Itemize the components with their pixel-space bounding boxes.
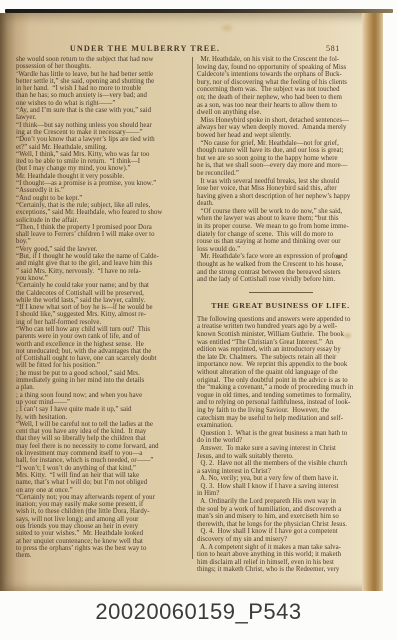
text-line: tion to heart above anything in this wor… (197, 551, 364, 559)
left-text-column: she would soon return to the subject tha… (16, 56, 192, 568)
text-line: “I won’t; I won’t do anything of that ki… (16, 465, 192, 472)
text-line: ; a thing soon found now; and when you h… (16, 392, 192, 399)
section-divider-rule (249, 292, 313, 293)
text-line: name, that’s what I will do; but I’m not… (16, 479, 192, 486)
book-page: UNDER THE MULBERRY TREE. 581 she would s… (0, 13, 383, 591)
text-line: ” said Mrs. Kitty, nervously. “I have no… (16, 268, 192, 275)
section-intro-block: The following questions and answers were… (197, 316, 364, 430)
text-line: Q. 2. Have not all the members of the vi… (197, 460, 364, 468)
text-line: the soul by a work of humiliation, and d… (197, 506, 364, 514)
text-line: but we are so soon going to the happy ho… (197, 155, 364, 163)
text-line: ok investment may commend itself to you—… (16, 450, 192, 457)
text-line: Q. 3. How shall I know if I have a savin… (197, 483, 364, 491)
text-line: “I thought—as a promise is a promise, yo… (16, 180, 192, 187)
text-line: “If I knew what sort of boy he is—if he … (16, 304, 192, 311)
text-line: “Of course there will be work to do now,… (197, 208, 364, 216)
text-line: as a son, was too near their hearts to a… (197, 102, 364, 110)
text-line: exceptions,” said Mr. Heathdale, who fea… (16, 209, 192, 216)
text-line: It was with several needful breaks, lest… (197, 178, 364, 186)
text-line: and the lady of Cottishall rose vividly … (197, 276, 364, 284)
text-line: he is, that we shall soon—every day more… (197, 162, 364, 170)
text-line: on; the death of their nephew, who had b… (197, 94, 364, 102)
text-line: immediately going in her mind into the d… (16, 377, 192, 384)
text-line: in Him? (197, 490, 364, 498)
text-line: at her unquiet countenance; he knew well… (16, 538, 192, 545)
text-line: known Scottish minister, William Guthrie… (197, 331, 364, 339)
text-line: catechism may be useful to help meditati… (197, 415, 364, 423)
text-line: things; it maketh Christ, who is the Red… (197, 566, 364, 574)
text-line: she would soon return to the subject tha… (16, 56, 192, 63)
text-line: the “making a covenant,” a mode of proce… (197, 384, 364, 392)
text-line: and to relying on personal faithfulness,… (197, 399, 364, 407)
text-line: Mr. Heathdale thought it very possible. (16, 173, 192, 180)
text-line: him disclaim all relief in himself, even… (197, 559, 364, 567)
text-line: ing by faith to the living Saviour. Howe… (197, 407, 364, 415)
text-line: Answer. To make sure a saving interest i… (197, 445, 364, 453)
text-line: ination; you may easily make some presen… (16, 501, 192, 508)
text-line: rouse us than staying at home and thinki… (197, 238, 364, 246)
text-line: ous friends you may choose an heir in ev… (16, 523, 192, 530)
text-line: “I think—but say nothing unless you shou… (16, 122, 192, 129)
text-line: of Cottishall ought to have, one can sca… (16, 355, 192, 362)
text-line: better settle it,” she said, opening and… (16, 78, 192, 85)
text-line: “And ought to be kept.” (16, 195, 192, 202)
text-line: on any one at once.” (16, 487, 192, 494)
text-line: “But, if I thought he would take the nam… (16, 253, 192, 260)
text-line: the late Dr. Chalmers. The subjects reta… (197, 354, 364, 362)
text-line: lose her voice, that Miss Honeybird said… (197, 185, 364, 193)
text-line: be reconciled.” (197, 170, 364, 178)
text-line: The following questions and answers were… (197, 316, 364, 324)
text-line: parents were in your own rank of life, a… (16, 333, 192, 340)
text-line: solicitude in the affair. (16, 217, 192, 224)
text-line: Caldecote’s intentions towards the orpha… (197, 71, 364, 79)
text-line: wish it, to these children (the little D… (16, 508, 192, 515)
paper-stain (222, 25, 232, 31)
catechism-block: Question 1. What is the great business a… (197, 430, 364, 574)
text-line: therewith, that he longs for the physici… (197, 521, 364, 529)
text-line: possession of her thoughts. (16, 63, 192, 70)
text-line: will be fitted for his position.” (16, 362, 192, 369)
text-line: them. (16, 552, 192, 559)
text-line: a treatise written two hundred years ago… (197, 323, 364, 331)
text-line: though nature will have its due, and our… (197, 147, 364, 155)
text-line: importance now. We reprint this appendix… (197, 361, 364, 369)
text-line: when the lawyer was about to leave them;… (197, 215, 364, 223)
text-line: “Certainly, that is the rule; subject, l… (16, 202, 192, 209)
text-line: et?” said Mr. Heathdale, smiling. (16, 144, 192, 151)
text-line: ing of her half-formed resolve. (16, 319, 192, 326)
text-line: lowing day, found no opportunity of spea… (197, 64, 364, 72)
text-line: Miss Honeybird spoke in short, detached … (197, 117, 364, 125)
text-line: dwell on anything else. (197, 109, 364, 117)
text-line: in its proper course. We mean to go from… (197, 223, 364, 231)
text-line: and the strong contrast between the bere… (197, 269, 364, 277)
page-number: 581 (326, 44, 340, 53)
text-line: Mr. Heathdale, on his visit to the Cresc… (197, 56, 364, 64)
text-line: (but I may change my mind, you know).” (16, 165, 192, 172)
text-line: “Who can tell how any child will turn ou… (16, 326, 192, 333)
text-line: one wishes to do what is right——” (16, 100, 192, 107)
column-divider (192, 57, 193, 559)
text-line: while the world lasts,” said the lawyer,… (16, 297, 192, 304)
right-text-column: Mr. Heathdale, on his visit to the Cresc… (197, 56, 364, 584)
text-line: shall leave to Ferrers’ children I will … (16, 231, 192, 238)
text-line: Jesus, and to walk suitably thereto. (197, 453, 364, 461)
text-line: examination. (197, 422, 364, 430)
text-line: “Ay, and I’m sure that is the case with … (16, 107, 192, 114)
text-line: “No cause for grief, Mr. Heathdale—not f… (197, 140, 364, 148)
text-line: ; he must be put to a good school,” said… (16, 370, 192, 377)
text-line: suited to your wishes.” Mr. Heathdale lo… (16, 530, 192, 537)
text-line: original. The only doubtful point in the… (197, 377, 364, 385)
text-line: was entitled “The Christian’s Great Inte… (197, 339, 364, 347)
text-line: ing at the Crescent to make it necessary… (16, 129, 192, 136)
text-line: Q. 4. How shall I know if I have got a c… (197, 528, 364, 536)
text-line: to press the orphans’ rights was the bes… (16, 545, 192, 552)
text-line: “Certainly not; you may afterwards repen… (16, 494, 192, 501)
text-line: a plan. (16, 384, 192, 391)
text-line: diately for change of scene. This will d… (197, 231, 364, 239)
text-line: “Very good,” said the lawyer. (16, 246, 192, 253)
text-line: discovery of my sin and misery? (197, 536, 364, 544)
text-line: “Then, I think the property I promised p… (16, 224, 192, 231)
text-line: A. No, verily; yea, but a very few of th… (197, 475, 364, 483)
text-line: man’s sin and misery to him, and exercis… (197, 513, 364, 521)
text-line: you know.” (16, 275, 192, 282)
text-line: thought as he walked from the Crescent t… (197, 261, 364, 269)
text-line: without alteration of the quaint old lan… (197, 369, 364, 377)
text-line: bury, nor of discovering what the feelin… (197, 79, 364, 87)
text-line: Mrs. Kitty. “I will find an heir that wi… (16, 472, 192, 479)
text-line: not uneducated; but, with the advantages… (16, 348, 192, 355)
text-line: up your mind——” (16, 399, 192, 406)
text-line: in her hand. “I wish I had no more to tr… (16, 85, 192, 92)
text-line: Question 1. What is the great business a… (197, 430, 364, 438)
text-line: “Well, I will be careful not to tell the… (16, 421, 192, 428)
text-line: ; I can’t say I have quite made it up,” … (16, 406, 192, 413)
catalog-label: 20020060159_P543 (0, 599, 397, 625)
text-line: edition was reprinted, with an introduct… (197, 346, 364, 354)
text-line: boy.” (16, 238, 192, 245)
text-line: loss would do.” (197, 246, 364, 254)
text-line: “Certainly he could take your name; and … (16, 282, 192, 289)
text-line: ited to be able to smile in return. “I t… (16, 158, 192, 165)
text-line: vogue in old times, and tending sometime… (197, 392, 364, 400)
text-line: A. Ordinarily the Lord prepareth His own… (197, 498, 364, 506)
section-heading: THE GREAT BUSINESS OF LIFE. (197, 301, 364, 310)
text-line: says, will not live long); and among all… (16, 516, 192, 523)
text-line: concerning them was. The subject was not… (197, 86, 364, 94)
text-line: may feel there is no necessity to come f… (16, 443, 192, 450)
text-line: lawyer. (16, 114, 192, 121)
text-line: worth and excellence in the highest sens… (16, 341, 192, 348)
text-line: and might give that to the girl, and lea… (16, 260, 192, 267)
text-line: “Assuredly it is.” (16, 187, 192, 194)
text-line: always her way when deeply moved. Amanda… (197, 124, 364, 132)
story-text-block: Mr. Heathdale, on his visit to the Cresc… (197, 56, 364, 284)
text-line: Mr. Heathdale’s face wore an expression … (197, 253, 364, 261)
text-line: having given a short description of her … (197, 193, 364, 201)
text-line: cent that you have any idea of the kind.… (16, 428, 192, 435)
text-line: bowed her head and wept silently. (197, 132, 364, 140)
running-title: UNDER THE MULBERRY TREE. (26, 44, 264, 53)
text-line: I should like,” suggested Mrs. Kitty, al… (16, 311, 192, 318)
text-line: than he has; so much anxiety is—very bad… (16, 92, 192, 99)
text-line: “Well, I think,” said Mrs. Kitty, who wa… (16, 151, 192, 158)
text-line: the Caldecotes of Cottishall will be pre… (16, 290, 192, 297)
text-line: a saving interest in Christ? (197, 468, 364, 476)
text-line: that they will so liberally help the chi… (16, 435, 192, 442)
text-line: A. A competent sight of it makes a man t… (197, 544, 364, 552)
text-line: death. (197, 200, 364, 208)
text-line: ‘Wardle has little to leave, but he had … (16, 71, 192, 78)
text-line: “Don’t you know that a lawyer’s lips are… (16, 136, 192, 143)
text-line: hall, for instance, which is much needed… (16, 457, 192, 464)
text-line: ly, with hesitation. (16, 414, 192, 421)
text-line: do in the world? (197, 437, 364, 445)
book-fore-edge (362, 13, 383, 591)
